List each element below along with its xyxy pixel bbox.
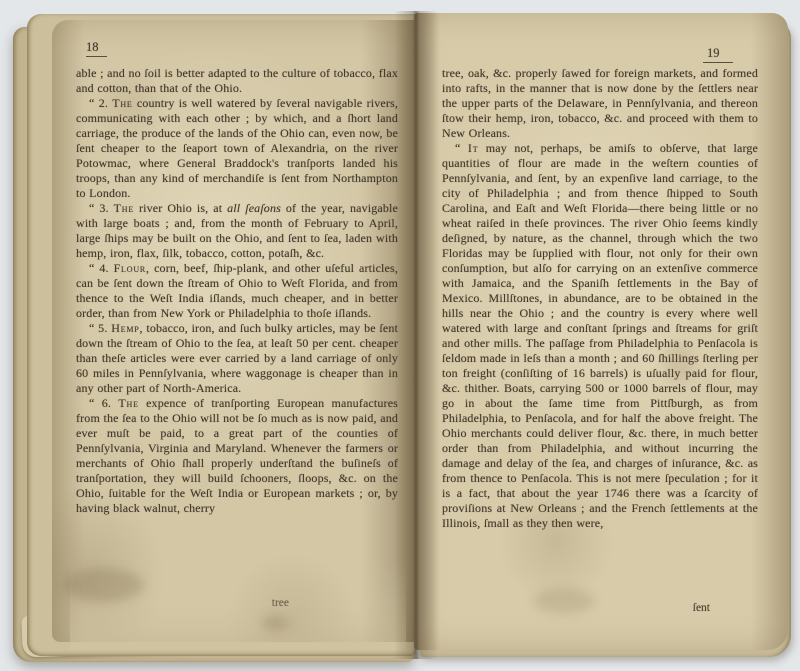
body-text: country is well watered by ſeveral navig…: [76, 96, 398, 200]
paragraph: “ 2. The country is well watered by ſeve…: [76, 96, 398, 201]
italic-text: all ſeaſons: [227, 201, 281, 215]
text-column-left: able ; and no ſoil is better adapted to …: [76, 66, 398, 516]
book-photograph: 19 tree, oak, &c. properly ſawed for for…: [0, 0, 800, 671]
catchword-right: ſent: [693, 602, 710, 614]
paragraph: “ 3. The river Ohio is, at all ſeaſons o…: [76, 201, 398, 261]
page-number-right-text: 19: [707, 46, 720, 60]
body-text: expence of tranſporting European manufac…: [76, 396, 398, 515]
paragraph: “ 6. The expence of tranſporting Europea…: [76, 396, 398, 516]
paragraph: able ; and no ſoil is better adapted to …: [76, 66, 398, 96]
body-text: “ 3.: [89, 201, 114, 215]
small-caps-text: It: [468, 141, 478, 155]
page-number-left-text: 18: [86, 40, 99, 54]
body-text: river Ohio is, at: [134, 201, 227, 215]
paper-stain: [262, 615, 288, 631]
body-text: “ 4.: [89, 261, 114, 275]
body-text: able ; and no ſoil is better adapted to …: [76, 66, 398, 95]
right-page: 19 tree, oak, &c. properly ſawed for for…: [414, 13, 788, 650]
paper-stain: [64, 568, 144, 602]
paragraph: “ It may not, perhaps, be amiſs to obſer…: [442, 141, 758, 531]
body-text: “ 2.: [89, 96, 112, 110]
body-text: “ 5.: [89, 321, 111, 335]
body-text: tree, oak, &c. properly ſawed for foreig…: [442, 66, 758, 140]
small-caps-text: Flour: [114, 261, 146, 275]
paragraph: “ 4. Flour, corn, beef, ſhip-plank, and …: [76, 261, 398, 321]
body-text: may not, perhaps, be amiſs to obſerve, t…: [442, 141, 758, 530]
body-text: “: [455, 141, 468, 155]
page-number-rule-right: [703, 62, 733, 63]
small-caps-text: The: [112, 96, 132, 110]
small-caps-text: The: [114, 201, 134, 215]
small-caps-text: The: [118, 396, 138, 410]
page-number-left: 18: [86, 40, 107, 57]
text-column-right: tree, oak, &c. properly ſawed for foreig…: [442, 66, 758, 531]
left-page: 18 able ; and no ſoil is better adapted …: [52, 20, 415, 642]
small-caps-text: Hemp: [111, 321, 139, 335]
paragraph: “ 5. Hemp, tobacco, iron, and ſuch bulky…: [76, 321, 398, 396]
paragraph: tree, oak, &c. properly ſawed for foreig…: [442, 66, 758, 141]
catchword-left: tree: [272, 597, 289, 609]
page-number-right: 19: [707, 46, 733, 63]
body-text: “ 6.: [89, 396, 118, 410]
page-number-rule-left: [86, 56, 107, 57]
paper-stain: [534, 588, 594, 614]
